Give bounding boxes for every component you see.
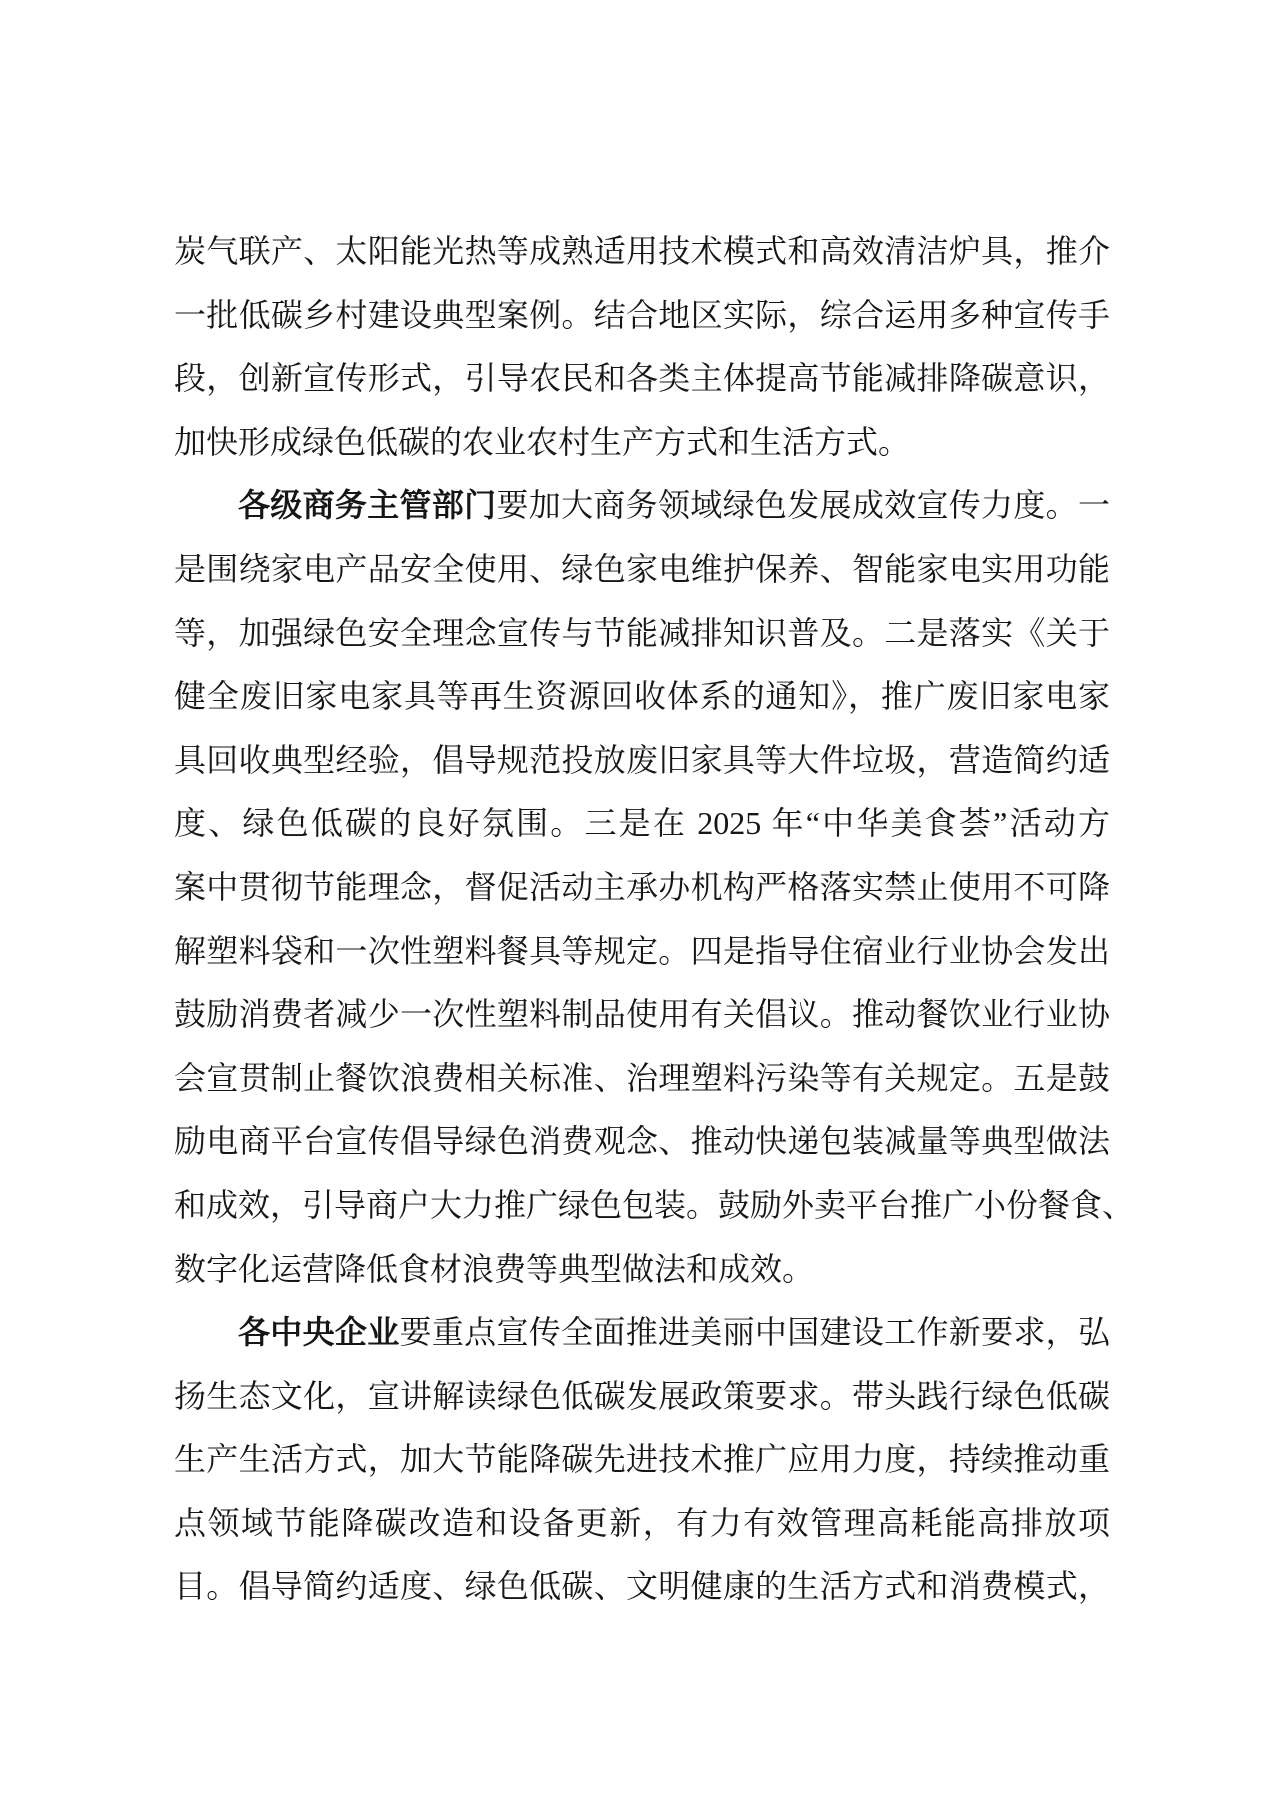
text-run: 炭气联产、太阳能光热等成熟适用技术模式和高效清洁炉具，推介 [174,233,1110,269]
bold-text-run: 各级商务主管部门 [238,487,496,523]
bold-text-run: 各中央企业 [238,1314,400,1350]
paragraph-central-enterprises: 各中央企业要重点宣传全面推进美丽中国建设工作新要求，弘扬生态文化，宣讲解读绿色低… [174,1301,1110,1619]
text-line: 是围绕家电产品安全使用、绿色家电维护保养、智能家电实用功能 [174,538,1110,602]
text-line: 等，加强绿色安全理念宣传与节能减排知识普及。二是落实《关于 [174,602,1110,666]
text-run: 生产生活方式，加大节能降碳先进技术推广应用力度，持续推动重 [174,1441,1110,1477]
text-run: 案中贯彻节能理念，督促活动主承办机构严格落实禁止使用不可降 [174,869,1110,905]
text-line: 加快形成绿色低碳的农业农村生产方式和生活方式。 [174,411,1110,475]
paragraph-rural-energy: 炭气联产、太阳能光热等成熟适用技术模式和高效清洁炉具，推介一批低碳乡村建设典型案… [174,220,1110,474]
text-line: 点领域节能降碳改造和设备更新，有力有效管理高耗能高排放项 [174,1492,1110,1556]
text-run: 点领域节能降碳改造和设备更新，有力有效管理高耗能高排放项 [174,1505,1110,1541]
text-run: 会宣贯制止餐饮浪费相关标准、治理塑料污染等有关规定。五是鼓 [174,1060,1110,1096]
text-line: 案中贯彻节能理念，督促活动主承办机构严格落实禁止使用不可降 [174,856,1110,920]
text-line: 扬生态文化，宣讲解读绿色低碳发展政策要求。带头践行绿色低碳 [174,1365,1110,1429]
text-run: 要加大商务领域绿色发展成效宣传力度。一 [496,487,1110,523]
text-line: 一批低碳乡村建设典型案例。结合地区实际，综合运用多种宣传手 [174,284,1110,348]
text-run: 要重点宣传全面推进美丽中国建设工作新要求，弘 [400,1314,1110,1350]
text-line: 炭气联产、太阳能光热等成熟适用技术模式和高效清洁炉具，推介 [174,220,1110,284]
text-line: 解塑料袋和一次性塑料餐具等规定。四是指导住宿业行业协会发出 [174,920,1110,984]
text-line: 度、绿色低碳的良好氛围。三是在 2025 年“中华美食荟”活动方 [174,792,1110,856]
text-line: 段，创新宣传形式，引导农民和各类主体提高节能减排降碳意识， [174,347,1110,411]
text-run: 段，创新宣传形式，引导农民和各类主体提高节能减排降碳意识， [174,360,1110,396]
text-line: 励电商平台宣传倡导绿色消费观念、推动快递包装减量等典型做法 [174,1110,1110,1174]
text-line: 目。倡导简约适度、绿色低碳、文明健康的生活方式和消费模式， [174,1555,1110,1619]
text-run: 数字化运营降低食材浪费等典型做法和成效。 [174,1251,814,1287]
document-page: 炭气联产、太阳能光热等成熟适用技术模式和高效清洁炉具，推介一批低碳乡村建设典型案… [0,0,1280,1810]
text-run: 健全废旧家电家具等再生资源回收体系的通知》，推广废旧家电家 [174,678,1110,714]
paragraph-commerce-departments: 各级商务主管部门要加大商务领域绿色发展成效宣传力度。一是围绕家电产品安全使用、绿… [174,474,1110,1301]
text-line: 具回收典型经验，倡导规范投放废旧家具等大件垃圾，营造简约适 [174,729,1110,793]
text-run: 鼓励消费者减少一次性塑料制品使用有关倡议。推动餐饮业行业协 [174,996,1110,1032]
text-run: 度、绿色低碳的良好氛围。三是在 2025 年“中华美食荟”活动方 [174,805,1110,841]
text-run: 目。倡导简约适度、绿色低碳、文明健康的生活方式和消费模式， [174,1568,1110,1604]
text-line: 会宣贯制止餐饮浪费相关标准、治理塑料污染等有关规定。五是鼓 [174,1047,1110,1111]
text-run: 和成效，引导商户大力推广绿色包装。鼓励外卖平台推广小份餐食、 [174,1187,1134,1223]
text-line: 各级商务主管部门要加大商务领域绿色发展成效宣传力度。一 [174,474,1110,538]
text-run: 是围绕家电产品安全使用、绿色家电维护保养、智能家电实用功能 [174,551,1110,587]
text-line: 数字化运营降低食材浪费等典型做法和成效。 [174,1238,1110,1302]
document-text-block: 炭气联产、太阳能光热等成熟适用技术模式和高效清洁炉具，推介一批低碳乡村建设典型案… [174,220,1110,1619]
text-line: 健全废旧家电家具等再生资源回收体系的通知》，推广废旧家电家 [174,665,1110,729]
text-run: 加快形成绿色低碳的农业农村生产方式和生活方式。 [174,424,910,460]
text-run: 扬生态文化，宣讲解读绿色低碳发展政策要求。带头践行绿色低碳 [174,1378,1110,1414]
text-run: 等，加强绿色安全理念宣传与节能减排知识普及。二是落实《关于 [174,615,1110,651]
text-line: 鼓励消费者减少一次性塑料制品使用有关倡议。推动餐饮业行业协 [174,983,1110,1047]
text-line: 生产生活方式，加大节能降碳先进技术推广应用力度，持续推动重 [174,1428,1110,1492]
text-run: 励电商平台宣传倡导绿色消费观念、推动快递包装减量等典型做法 [174,1123,1110,1159]
text-line: 和成效，引导商户大力推广绿色包装。鼓励外卖平台推广小份餐食、 [174,1174,1110,1238]
text-line: 各中央企业要重点宣传全面推进美丽中国建设工作新要求，弘 [174,1301,1110,1365]
text-run: 一批低碳乡村建设典型案例。结合地区实际，综合运用多种宣传手 [174,297,1110,333]
text-run: 具回收典型经验，倡导规范投放废旧家具等大件垃圾，营造简约适 [174,742,1110,778]
text-run: 解塑料袋和一次性塑料餐具等规定。四是指导住宿业行业协会发出 [174,933,1110,969]
